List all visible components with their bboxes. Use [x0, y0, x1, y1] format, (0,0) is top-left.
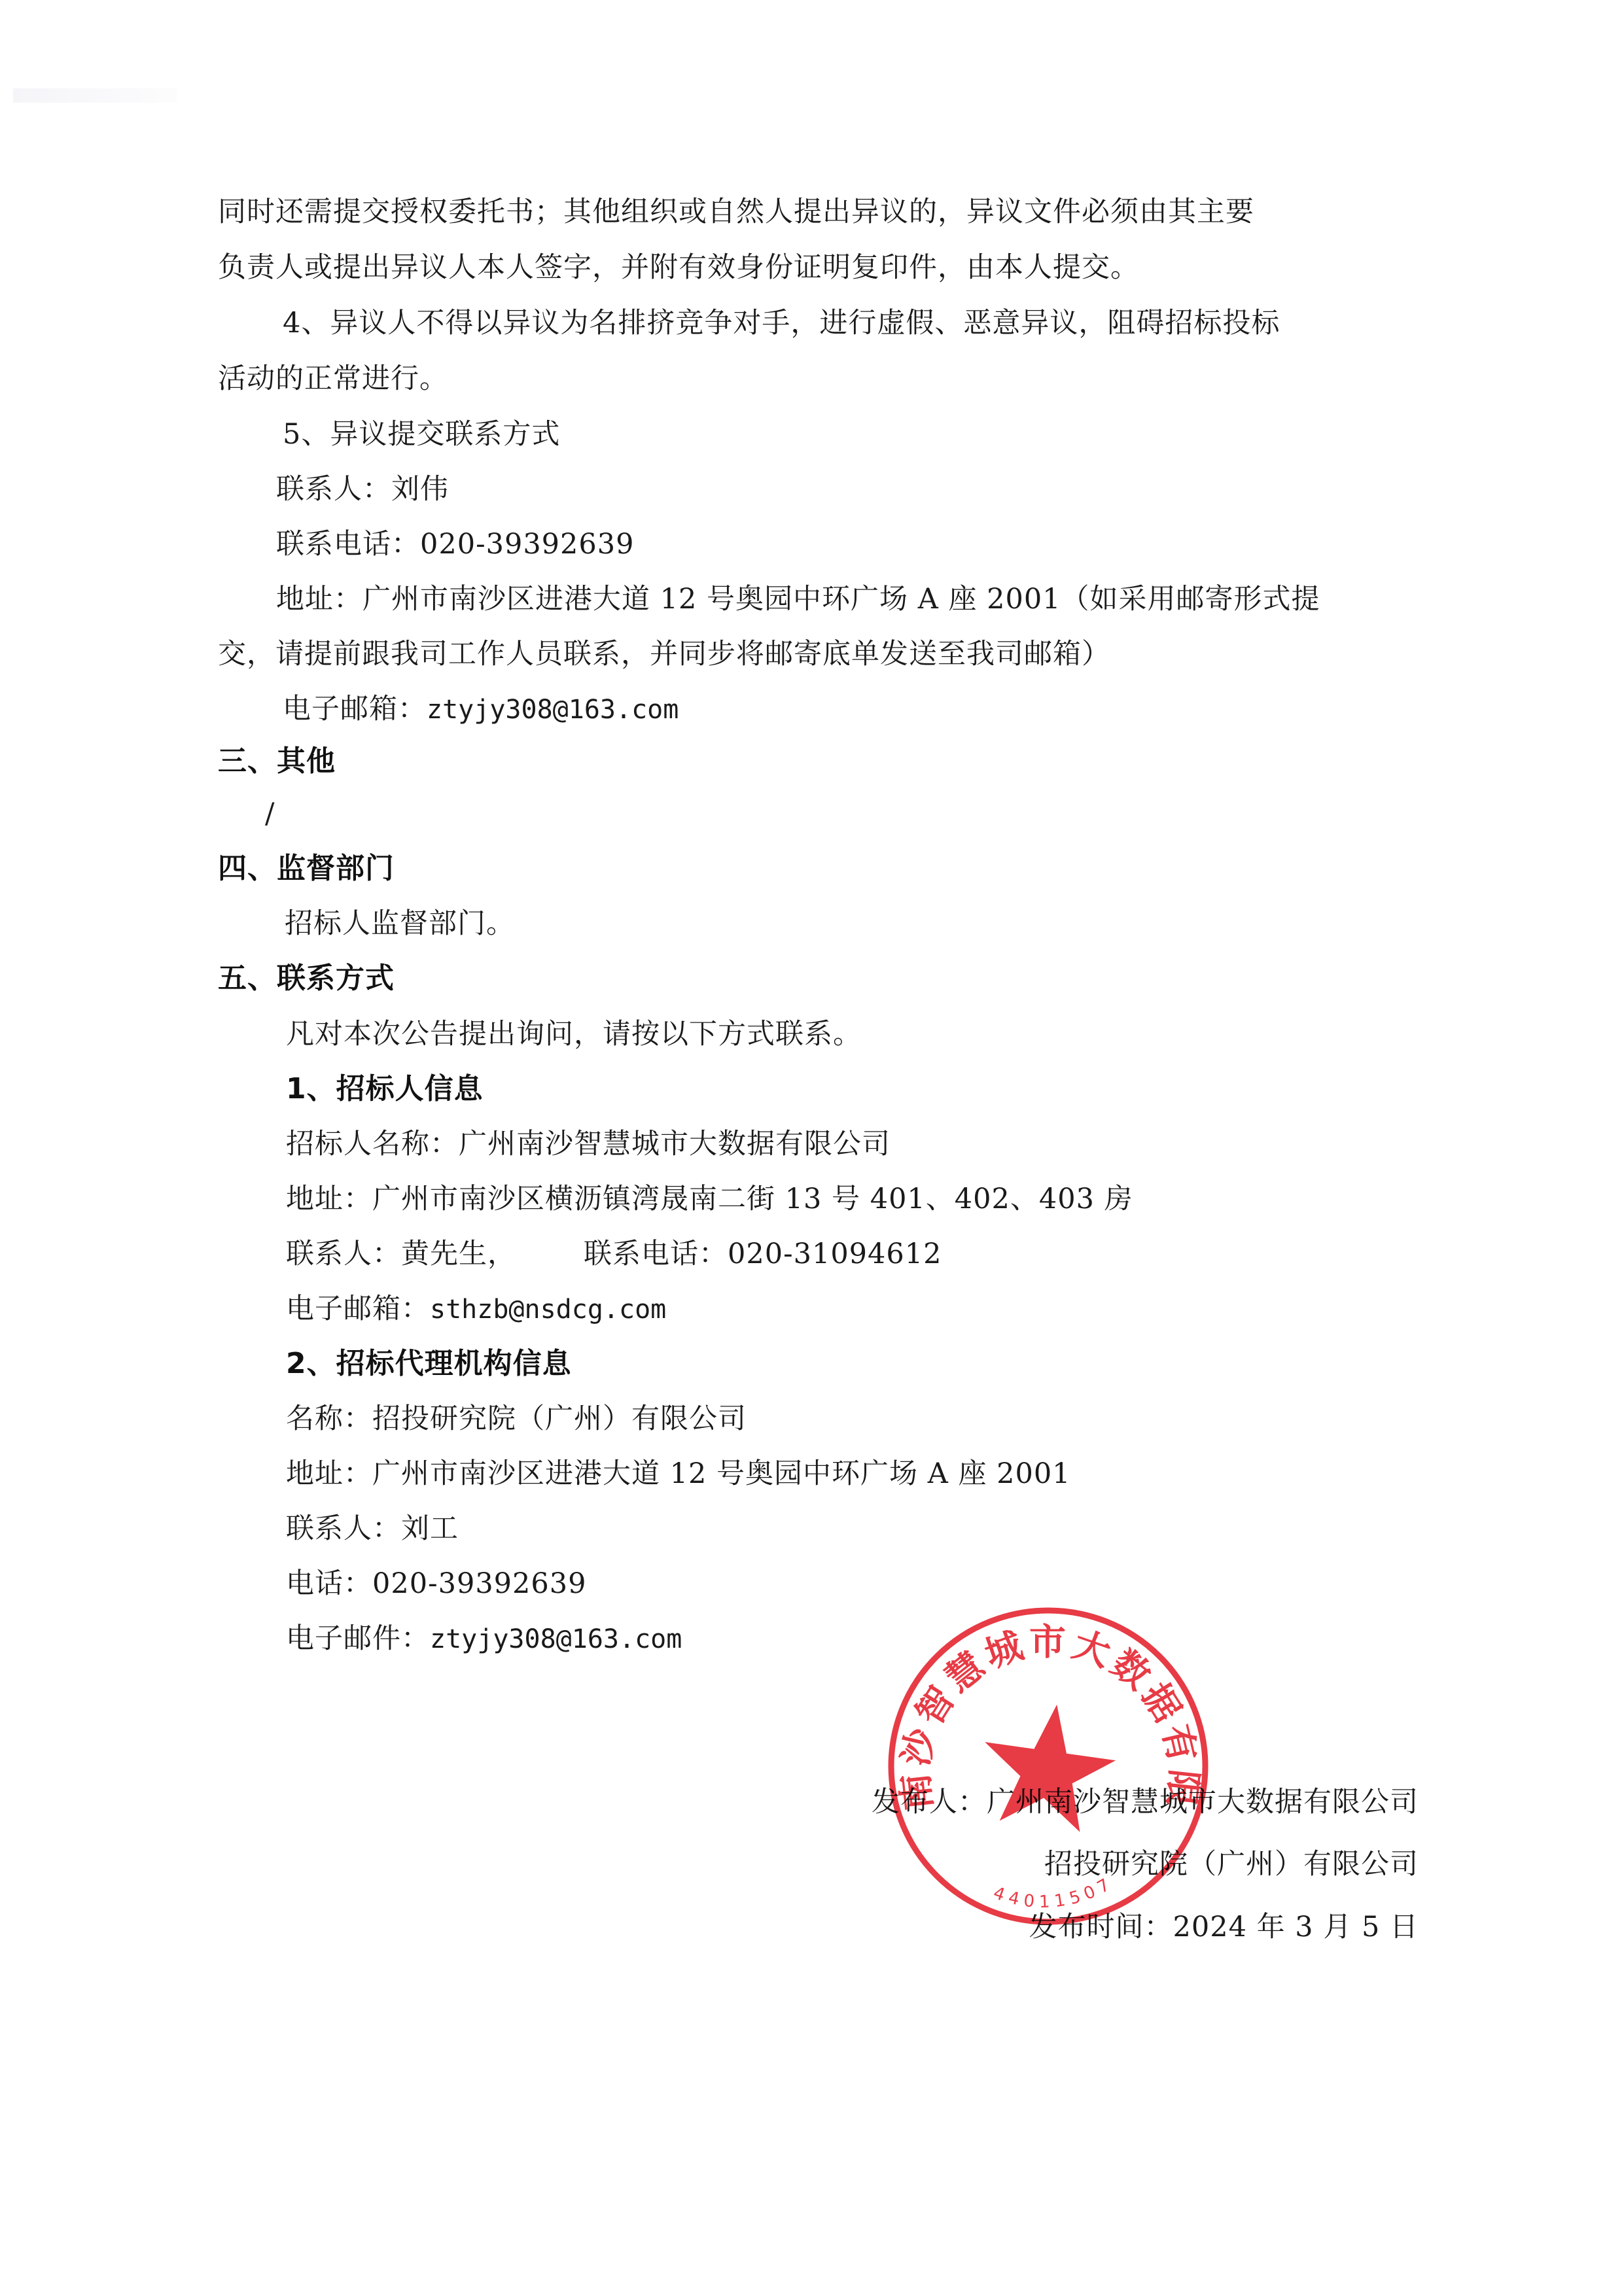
agency-heading: 2、招标代理机构信息 — [286, 1346, 572, 1382]
publisher-line: 发布人：广州南沙智慧城市大数据有限公司 — [720, 1784, 1419, 1820]
agency-contact: 联系人：刘工 — [286, 1510, 459, 1547]
paragraph-line: 同时还需提交授权委托书；其他组织或自然人提出异议的，异议文件必须由其主要 — [218, 194, 1254, 230]
paragraph-line: 活动的正常进行。 — [218, 360, 448, 397]
email-label: 电子邮箱： — [286, 1293, 430, 1325]
tenderer-contact: 联系人：黄先生， — [286, 1236, 516, 1272]
objection-contact-phone: 联系电话：020-39392639 — [276, 526, 634, 563]
objection-contact-title: 5、异议提交联系方式 — [283, 416, 560, 453]
tenderer-email-row: 电子邮箱：sthzb@nsdcg.com — [286, 1291, 666, 1328]
publish-date: 发布时间：2024 年 3 月 5 日 — [720, 1909, 1419, 1945]
email-label: 电子邮件： — [286, 1622, 430, 1655]
section-heading-contact: 五、联系方式 — [218, 960, 395, 997]
agency-phone: 电话：020-39392639 — [286, 1565, 586, 1602]
objection-contact-person: 联系人：刘伟 — [276, 471, 449, 508]
tenderer-phone: 联系电话：020-31094612 — [584, 1236, 942, 1272]
document-page: 同时还需提交授权委托书；其他组织或自然人提出异议的，异议文件必须由其主要 负责人… — [0, 0, 1624, 2296]
objection-address-cont: 交，请提前跟我司工作人员联系，并同步将邮寄底单发送至我司邮箱） — [218, 636, 1110, 672]
seal-text: 广州南沙智慧城市大数据有限公司 — [887, 1606, 1205, 1812]
tenderer-heading: 1、招标人信息 — [286, 1071, 484, 1107]
objection-email-row: 电子邮箱：ztyjy308@163.com — [283, 691, 679, 728]
tenderer-name: 招标人名称：广州南沙智慧城市大数据有限公司 — [286, 1126, 891, 1162]
email-link[interactable]: sthzb@nsdcg.com — [430, 1295, 666, 1325]
tenderer-address: 地址：广州市南沙区横沥镇湾晟南二街 13 号 401、402、403 房 — [286, 1181, 1133, 1217]
paragraph-line: 负责人或提出异议人本人签字，并附有效身份证明复印件，由本人提交。 — [218, 249, 1139, 286]
section-content-other: / — [265, 795, 275, 832]
objection-address: 地址：广州市南沙区进港大道 12 号奥园中环广场 A 座 2001（如采用邮寄形… — [276, 581, 1320, 617]
svg-text:广州南沙智慧城市大数据有限公司: 广州南沙智慧城市大数据有限公司 — [887, 1606, 1205, 1812]
agency-name: 名称：招投研究院（广州）有限公司 — [286, 1400, 747, 1437]
email-label: 电子邮箱： — [283, 693, 427, 725]
section-heading-supervision: 四、监督部门 — [218, 850, 395, 887]
email-link[interactable]: ztyjy308@163.com — [427, 695, 679, 725]
paragraph-line: 4、异议人不得以异议为名排挤竞争对手，进行虚假、恶意异议，阻碍招标投标 — [283, 305, 1280, 341]
agency-address: 地址：广州市南沙区进港大道 12 号奥园中环广场 A 座 2001 — [286, 1455, 1071, 1492]
scan-artifact — [13, 88, 177, 103]
publisher-agency-line: 招投研究院（广州）有限公司 — [720, 1846, 1419, 1883]
email-link[interactable]: ztyjy308@163.com — [430, 1624, 682, 1654]
contact-intro: 凡对本次公告提出询问，请按以下方式联系。 — [286, 1016, 862, 1052]
agency-email-row: 电子邮件：ztyjy308@163.com — [286, 1620, 682, 1658]
section-content-supervision: 招标人监督部门。 — [285, 905, 515, 942]
section-heading-other: 三、其他 — [218, 743, 336, 780]
